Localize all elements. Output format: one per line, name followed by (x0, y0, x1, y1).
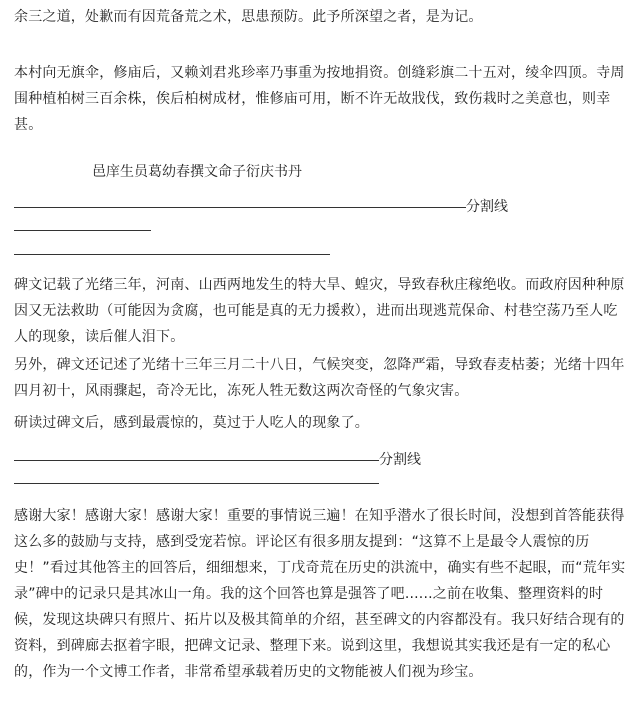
paragraph-closing-inscription: 余三之道，处歉而有因荒备荒之术，思患预防。此予所深望之者，是为记。 (14, 4, 626, 30)
divider-line-short (14, 230, 151, 231)
paragraph-acknowledgement: 感谢大家！感谢大家！感谢大家！重要的事情说三遍！在知乎潜水了很长时间，没想到首答… (14, 503, 626, 685)
paragraph-famine-record: 碑文记载了光绪三年，河南、山西两地发生的特大旱、蝗灾，导致春秋庄稼绝收。而政府因… (14, 272, 626, 350)
paragraph-reflection: 研读过碑文后，感到最震惊的，莫过于人吃人的现象了。 (14, 410, 626, 436)
divider-line-second (14, 483, 379, 484)
paragraph-banners-trees: 本村向无旗伞，修庙后，又赖刘君兆珍率乃事重为按地捐资。创缝彩旗二十五对，绫伞四顶… (14, 60, 626, 138)
divider-line-medium (14, 254, 330, 255)
paragraph-weather-disasters: 另外，碑文还记述了光绪十三年三月二十八日，气候突变，忽降严霜，导致春麦枯萎；光绪… (14, 352, 626, 404)
divider-line (14, 207, 466, 208)
divider-label: 分割线 (379, 451, 421, 469)
divider-label: 分割线 (466, 198, 508, 216)
inscription-signature: 邑庠生员葛幼春撰文命子衍庆书丹 (92, 161, 302, 183)
divider-line (14, 460, 379, 461)
